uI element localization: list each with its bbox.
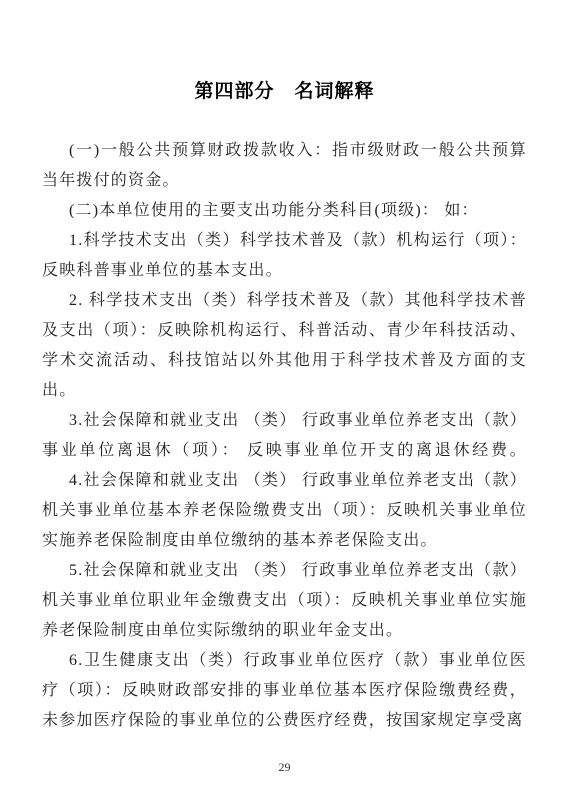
paragraph-item-4-basic-pension: 4.社会保障和就业支出 （类） 行政事业单位养老支出（款）机关事业单位基本养老保… xyxy=(42,466,527,556)
document-body: (一)一般公共预算财政拨款收入：指市级财政一般公共预算当年拨付的资金。 (二)本… xyxy=(42,136,527,736)
paragraph-general-budget-income: (一)一般公共预算财政拨款收入：指市级财政一般公共预算当年拨付的资金。 xyxy=(42,136,527,196)
paragraph-item-6-medical: 6.卫生健康支出（类）行政事业单位医疗（款）事业单位医疗（项）：反映财政部安排的… xyxy=(42,646,527,736)
paragraph-item-5-annuity: 5.社会保障和就业支出 （类） 行政事业单位养老支出（款）机关事业单位职业年金缴… xyxy=(42,556,527,646)
document-page: 第四部分 名词解释 (一)一般公共预算财政拨款收入：指市级财政一般公共预算当年拨… xyxy=(0,0,569,794)
paragraph-expenditure-categories-intro: (二)本单位使用的主要支出功能分类科目(项级)： 如： xyxy=(42,196,527,226)
paragraph-item-2-science-other: 2. 科学技术支出（类）科学技术普及（款）其他科学技术普及支出（项）：反映除机构… xyxy=(42,286,527,406)
paragraph-item-3-retirement: 3.社会保障和就业支出 （类） 行政事业单位养老支出（款）事业单位离退休（项）：… xyxy=(42,406,527,466)
paragraph-item-1-science-operation: 1.科学技术支出（类）科学技术普及（款）机构运行（项）：反映科普事业单位的基本支… xyxy=(42,226,527,286)
section-title: 第四部分 名词解释 xyxy=(42,78,527,106)
page-number: 29 xyxy=(0,760,569,774)
